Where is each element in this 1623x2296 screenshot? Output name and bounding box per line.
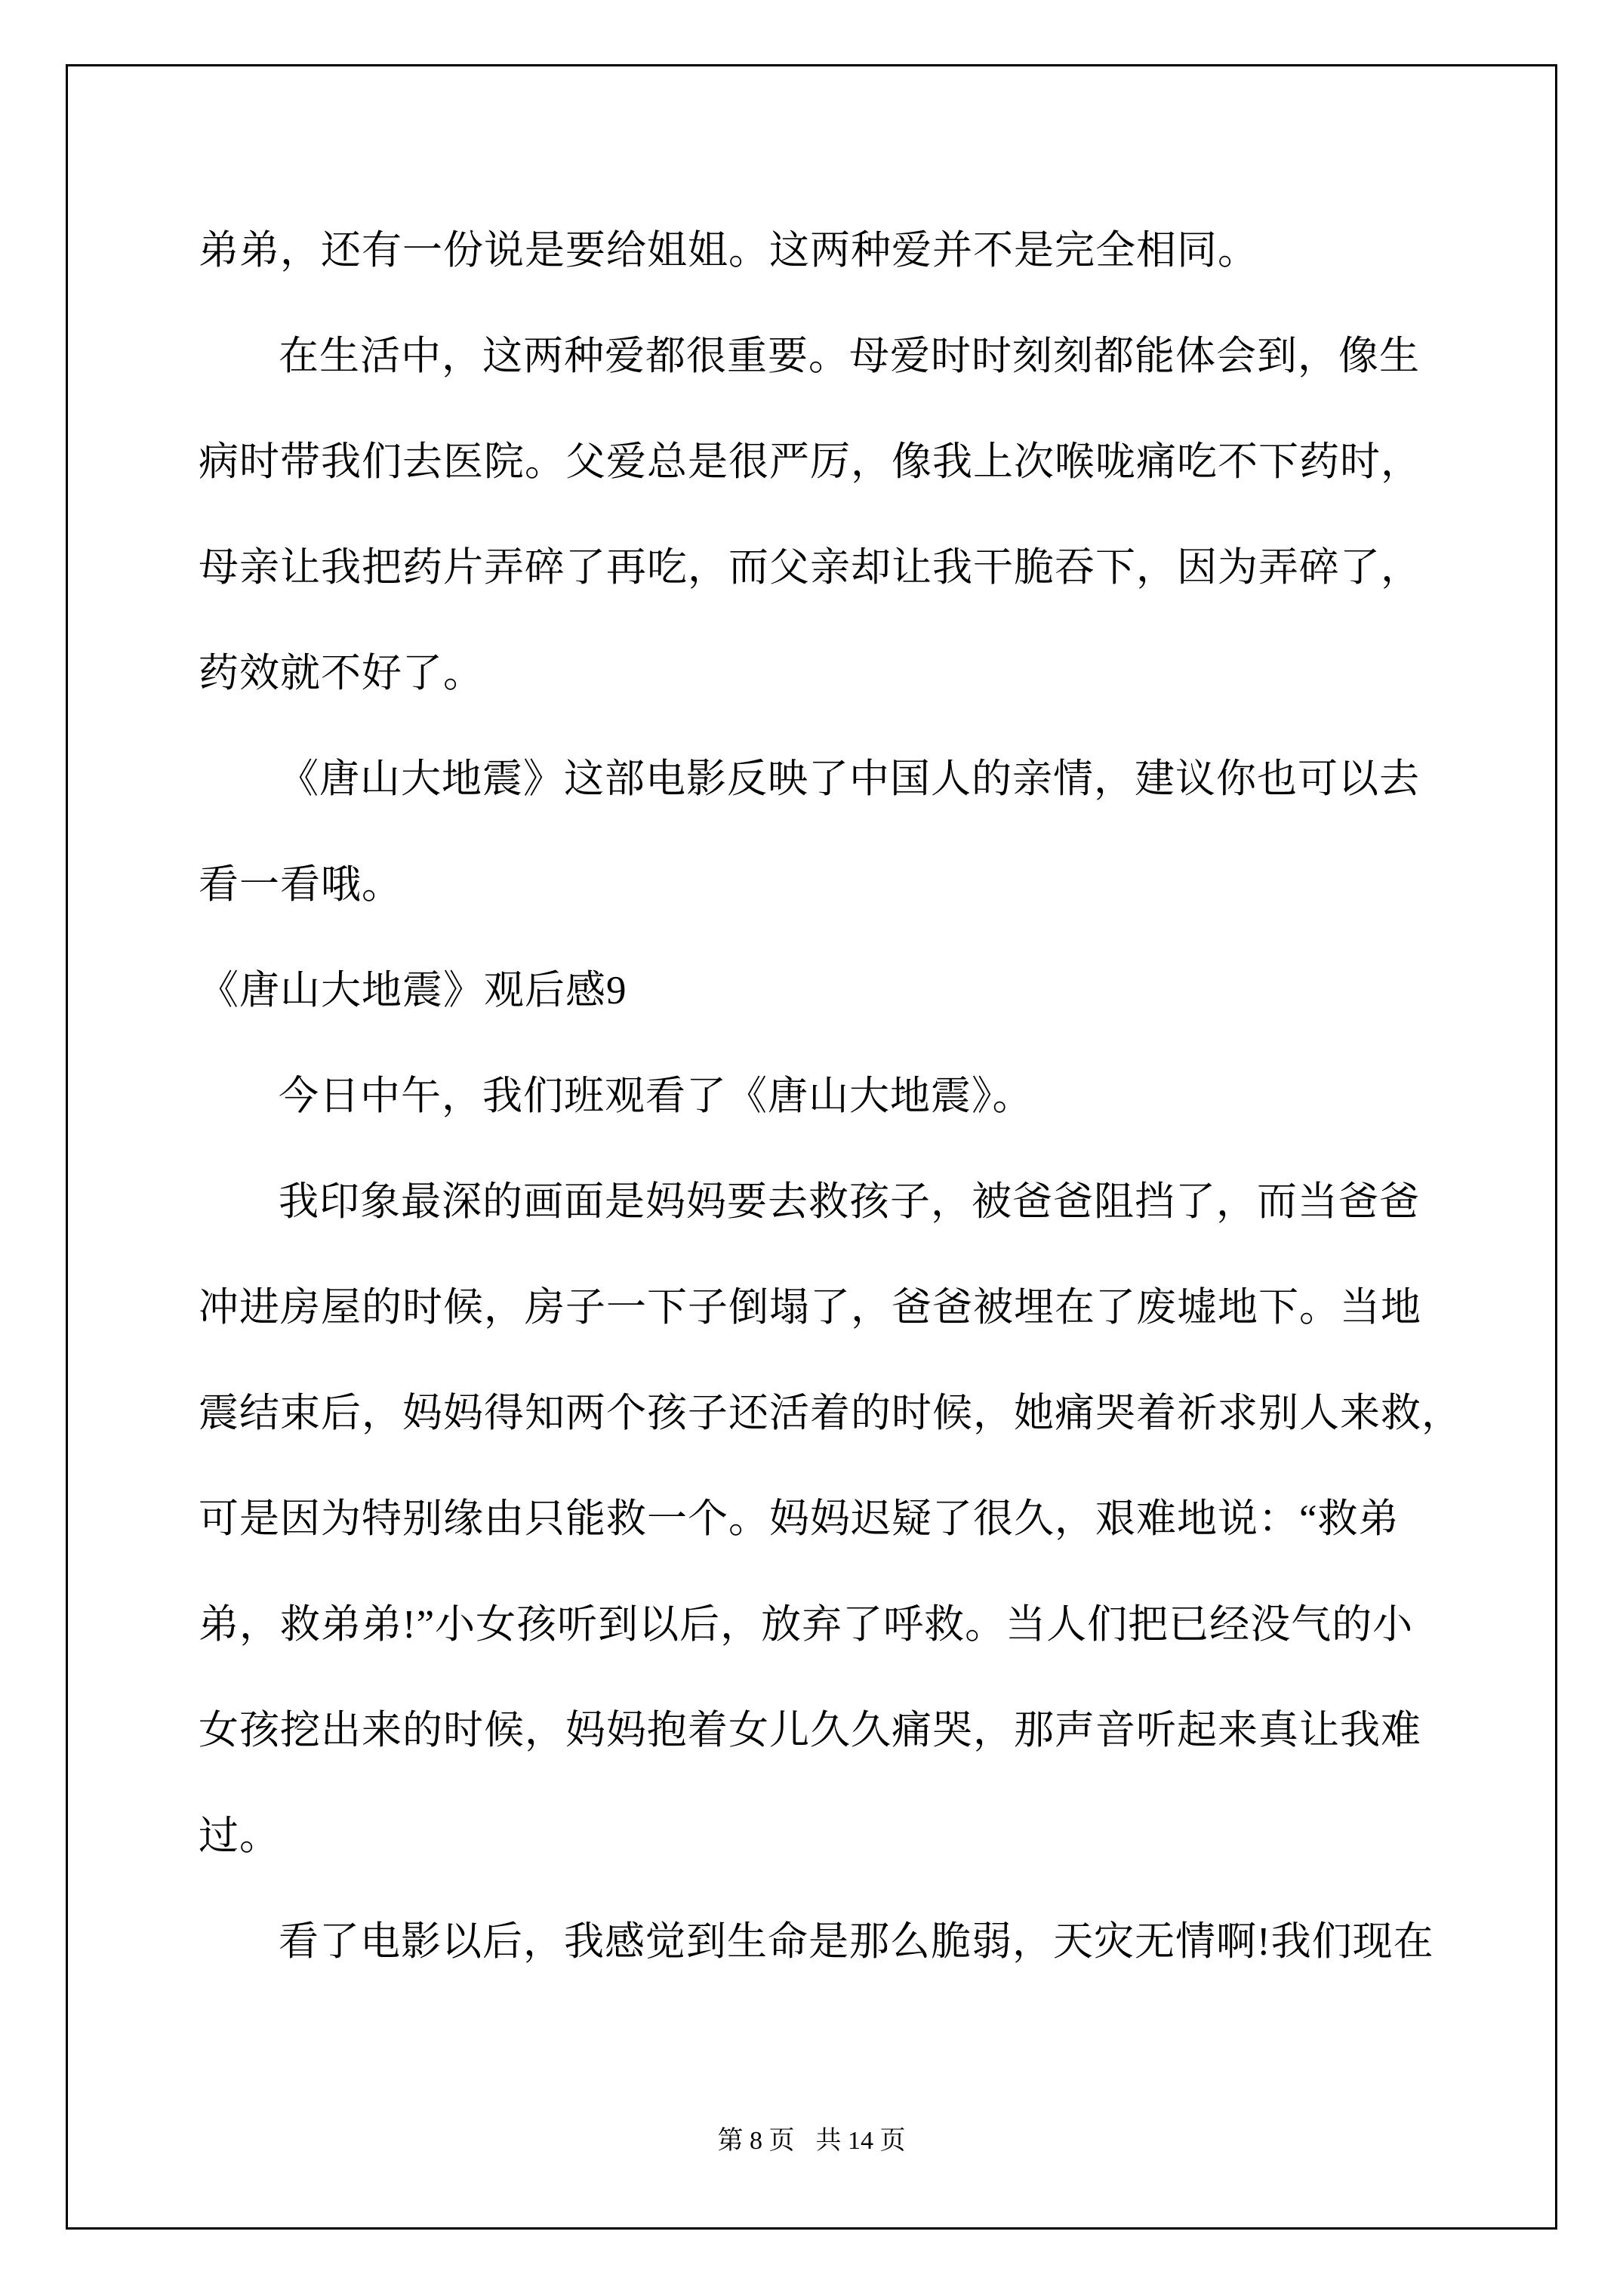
footer-page-number: 第 8 页 <box>718 2123 795 2159</box>
text-line: 弟，救弟弟!”小女孩听到以后，放弃了呼救。当人们把已经没气的小 <box>199 1572 1467 1678</box>
text-line: 可是因为特别缘由只能救一个。妈妈迟疑了很久，艰难地说：“救弟 <box>199 1466 1467 1572</box>
section-heading-line: 《唐山大地震》观后感9 <box>199 938 1467 1043</box>
text-line: 我印象最深的画面是妈妈要去救孩子，被爸爸阻挡了，而当爸爸 <box>199 1149 1467 1255</box>
text-line: 药效就不好了。 <box>199 621 1467 726</box>
document-page: 弟弟，还有一份说是要给姐姐。这两种爱并不是完全相同。 在生活中，这两种爱都很重要… <box>0 0 1623 2296</box>
text-line: 看一看哦。 <box>199 832 1467 938</box>
footer-page-total: 共 14 页 <box>816 2123 906 2159</box>
document-body: 弟弟，还有一份说是要给姐姐。这两种爱并不是完全相同。 在生活中，这两种爱都很重要… <box>199 198 1467 1995</box>
text-line: 母亲让我把药片弄碎了再吃，而父亲却让我干脆吞下，因为弄碎了， <box>199 515 1467 621</box>
text-line: 过。 <box>199 1783 1467 1889</box>
page-footer: 第 8 页共 14 页 <box>0 2123 1623 2159</box>
text-line: 《唐山大地震》这部电影反映了中国人的亲情，建议你也可以去 <box>199 726 1467 832</box>
text-line: 在生活中，这两种爱都很重要。母爱时时刻刻都能体会到，像生 <box>199 304 1467 409</box>
text-line: 震结束后，妈妈得知两个孩子还活着的时候，她痛哭着祈求别人来救， <box>199 1361 1467 1466</box>
text-line: 看了电影以后，我感觉到生命是那么脆弱，天灾无情啊!我们现在 <box>199 1889 1467 1995</box>
text-line: 女孩挖出来的时候，妈妈抱着女儿久久痛哭，那声音听起来真让我难 <box>199 1678 1467 1783</box>
text-line: 冲进房屋的时候，房子一下子倒塌了，爸爸被埋在了废墟地下。当地 <box>199 1255 1467 1361</box>
text-line: 病时带我们去医院。父爱总是很严厉，像我上次喉咙痛吃不下药时， <box>199 409 1467 515</box>
text-line: 弟弟，还有一份说是要给姐姐。这两种爱并不是完全相同。 <box>199 198 1467 304</box>
text-line: 今日中午，我们班观看了《唐山大地震》。 <box>199 1043 1467 1149</box>
